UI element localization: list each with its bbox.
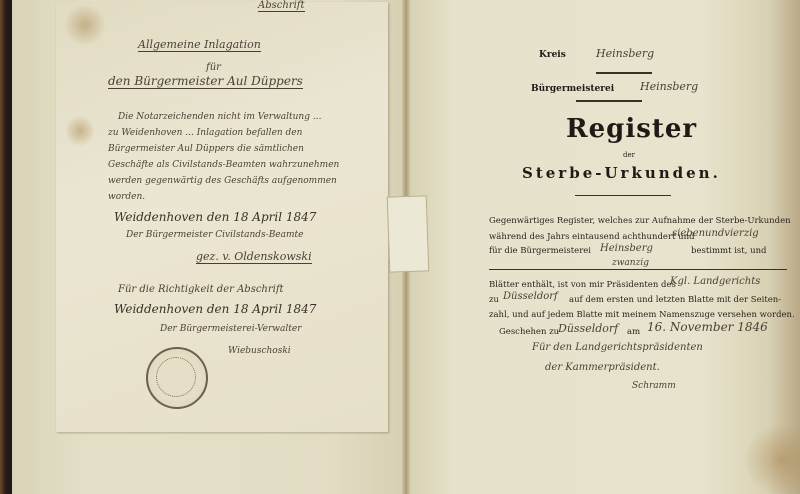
certification-line: Für die Richtigkeit der Abschrift bbox=[118, 284, 284, 295]
foxing-stain bbox=[66, 114, 94, 148]
signature-2: Wiebuschoski bbox=[228, 346, 291, 356]
header-label: Abschrift bbox=[258, 0, 305, 12]
signatory-line1: Für den Landgerichtspräsidenten bbox=[532, 342, 703, 353]
court-handwritten: Kgl. Landgerichts bbox=[670, 276, 760, 287]
place-date-1: Weiddenhoven den 18 April 1847 bbox=[114, 210, 316, 224]
page-count-handwritten: zwanzig bbox=[612, 258, 649, 268]
register-title: Register bbox=[566, 114, 697, 144]
signatory-line2: der Kammerpräsident. bbox=[545, 362, 660, 373]
official-seal bbox=[146, 347, 208, 409]
register-der: der bbox=[623, 151, 635, 159]
divider bbox=[596, 72, 652, 74]
court-place-handwritten: Düsseldorf bbox=[503, 291, 558, 302]
done-at-label: Geschehen zu bbox=[499, 327, 559, 337]
signature-block-2-title: Der Bürgermeisterei-Verwalter bbox=[160, 324, 302, 334]
para1-line3-end: bestimmt ist, und bbox=[691, 246, 767, 256]
body-line: Die Notarzeichenden nicht im Verwaltung … bbox=[118, 112, 321, 122]
paper-tab bbox=[387, 195, 430, 272]
body-line: worden. bbox=[108, 192, 145, 202]
para2-line1: Blätter enthält, ist von mir Präsidenten… bbox=[489, 280, 676, 290]
ornamental-divider bbox=[575, 195, 671, 196]
done-at-am: am bbox=[627, 327, 640, 337]
para1-line3: für die Bürgermeisterei bbox=[489, 246, 591, 256]
insert-title-line2: für bbox=[206, 62, 221, 73]
edge-stain bbox=[746, 420, 800, 494]
signature-block-1-title: Der Bürgermeister Civilstands-Beamte bbox=[126, 230, 303, 240]
water-stain bbox=[64, 4, 106, 46]
buergermeisterei-value: Heinsberg bbox=[640, 80, 698, 93]
buergermeisterei-handwritten: Heinsberg bbox=[600, 243, 653, 254]
done-at-date: 16. November 1846 bbox=[647, 320, 768, 334]
year-handwritten: siebenundvierzig bbox=[672, 228, 759, 239]
body-line: Geschäfte als Civilstands-Beamten wahrzu… bbox=[108, 160, 339, 170]
signature: Schramm bbox=[632, 381, 676, 391]
kreis-label: Kreis bbox=[539, 50, 566, 60]
body-line: zu Weidenhoven ... Inlagation befallen d… bbox=[108, 128, 302, 138]
fill-line bbox=[489, 269, 787, 270]
place-date-2: Weiddenhoven den 18 April 1847 bbox=[114, 302, 316, 316]
para1-line1: Gegenwärtiges Register, welches zur Aufn… bbox=[489, 216, 791, 226]
para2-line2-zu: zu bbox=[489, 295, 499, 305]
seal-inner-ring bbox=[156, 357, 196, 397]
divider bbox=[576, 100, 642, 102]
signature-block-1-name: gez. v. Oldenskowski bbox=[196, 250, 312, 264]
kreis-value: Heinsberg bbox=[596, 47, 654, 60]
body-line: werden gegenwärtig des Geschäfts aufgeno… bbox=[108, 176, 337, 186]
done-at-place: Düsseldorf bbox=[558, 322, 618, 335]
buergermeisterei-label: Bürgermeisterei bbox=[531, 84, 614, 94]
register-subtitle: Sterbe-Urkunden. bbox=[522, 164, 721, 182]
para2-line3: zahl, und auf jedem Blatte mit meinem Na… bbox=[489, 310, 795, 320]
insert-title-line3: den Bürgermeister Aul Düppers bbox=[108, 74, 303, 89]
inserted-document: Abschrift Allgemeine Inlagation für den … bbox=[56, 2, 388, 432]
para1-line2: während des Jahrs eintausend achthundert… bbox=[489, 232, 695, 242]
insert-title-line1: Allgemeine Inlagation bbox=[138, 38, 261, 52]
para2-line2: auf dem ersten und letzten Blatte mit de… bbox=[569, 295, 781, 305]
body-line: Bürgermeister Aul Düppers die sämtlichen bbox=[108, 144, 304, 154]
